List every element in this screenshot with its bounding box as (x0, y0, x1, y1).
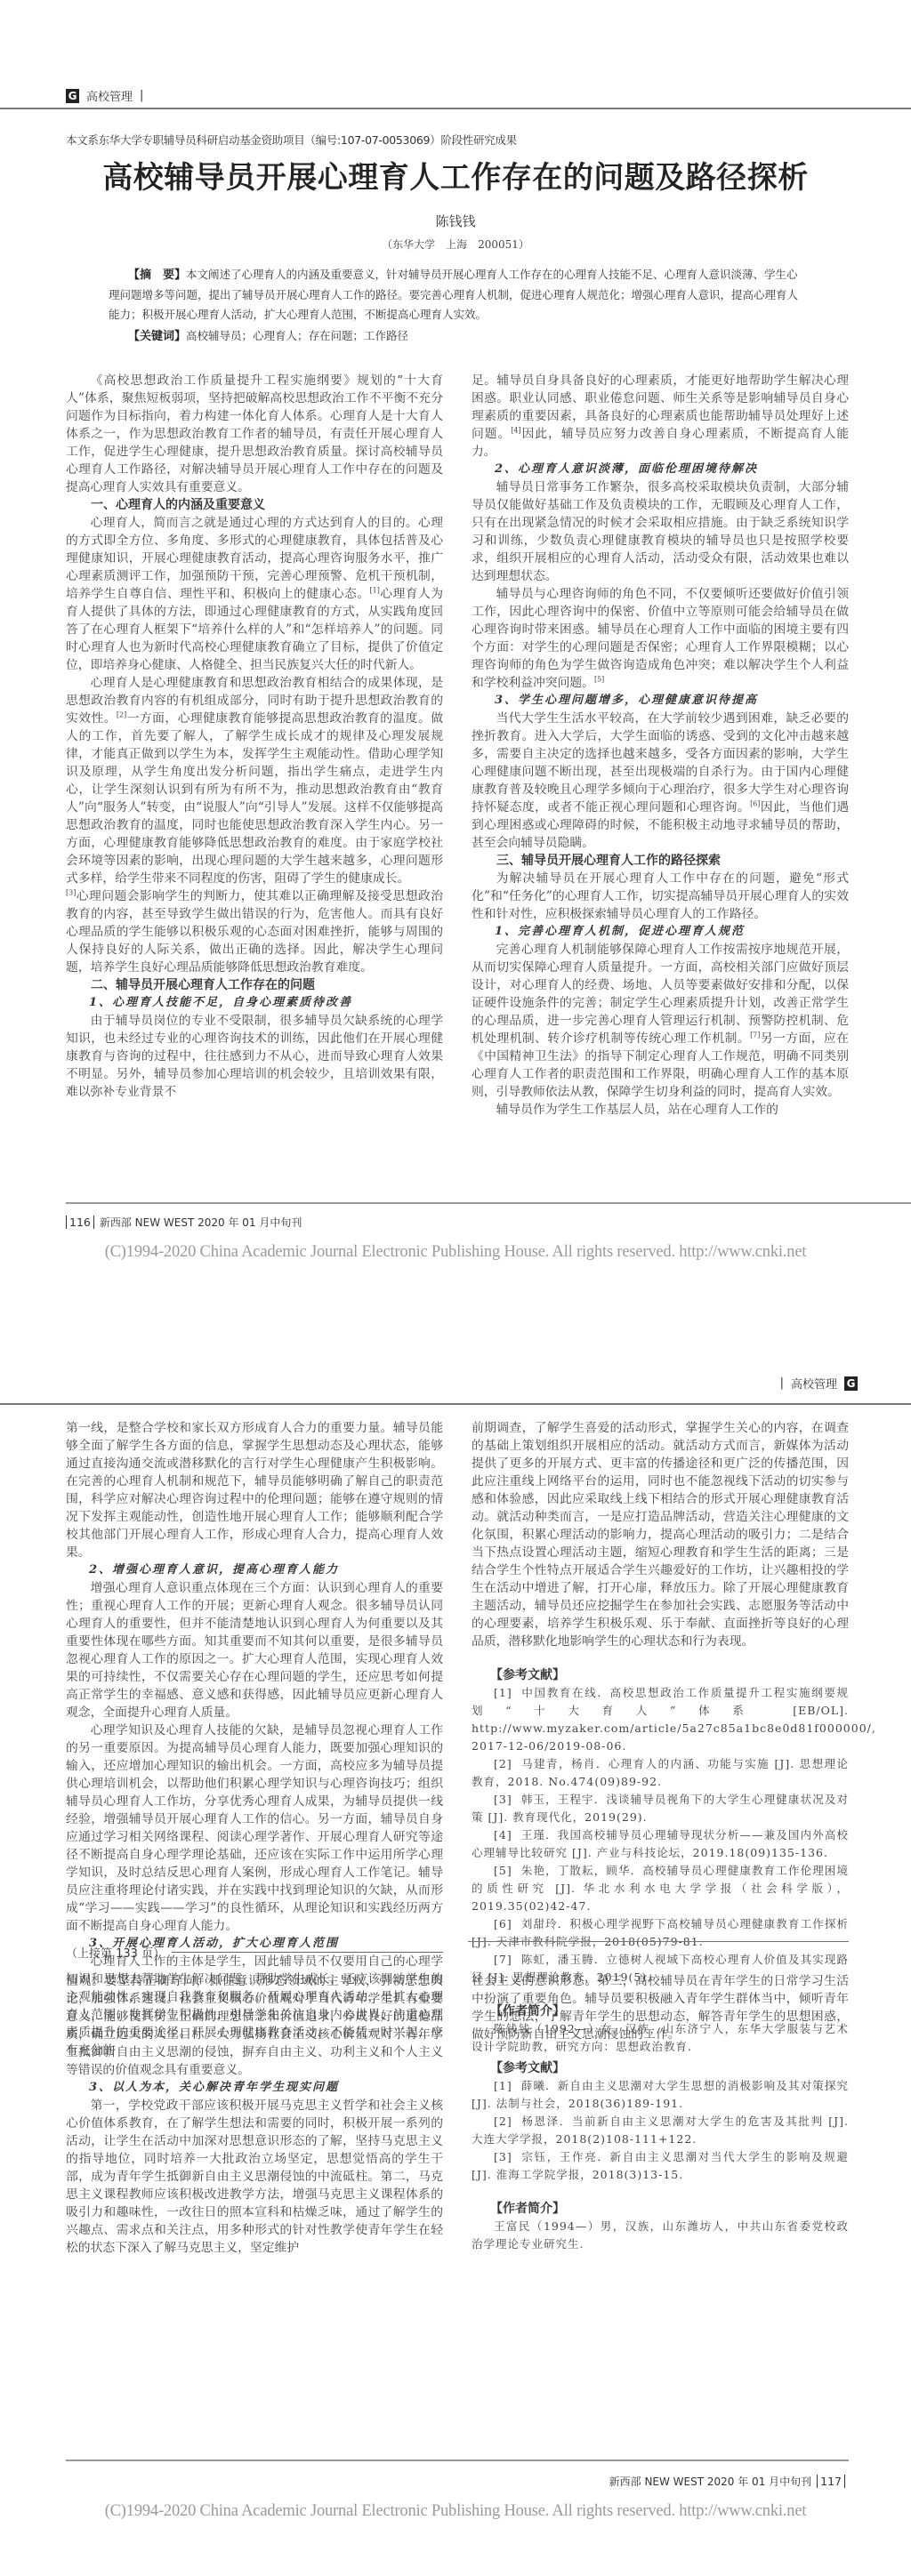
copyright-notice: (C)1994-2020 China Academic Journal Elec… (0, 2502, 911, 2521)
journal-name: 新西部 NEW WEST 2020 年 01 月中旬刊 (609, 2474, 812, 2489)
paragraph: 足。辅导员自身具备良好的心理素质，才能更好地帮助学生解决心理困惑。职业认同感、职… (472, 372, 849, 461)
page-number: 116 (66, 1216, 94, 1229)
paragraph-text: 心理学知识及心理育人技能的欠缺，是辅导员忽视心理育人工作的另一重要原因。为提高辅… (66, 1723, 443, 1933)
reference-number: [1] (494, 1686, 512, 1699)
section-badge-icon: G (66, 89, 79, 103)
reference-number: [2] (494, 1757, 512, 1770)
paragraph-text: 由于辅导员岗位的专业不受限制，很多辅导员欠缺系统的心理学知识，也未经过专业的心理… (66, 1014, 443, 1099)
paragraph-text: 二、辅导员开展心理育人工作存在的问题 (91, 978, 315, 992)
header-divider: | (780, 1376, 784, 1390)
continued-column-right: 社会主义的意识形态。第三，高校辅导员在青年学生的日常学习生活中扮演了重要角色。辅… (472, 1972, 849, 2257)
abstract-block: 【摘 要】本文阐述了心理育人的内涵及重要意义，针对辅导员开展心理育人工作存在的心… (109, 265, 804, 347)
paragraph: 由于辅导员岗位的专业不受限制，很多辅导员欠缺系统的心理学知识，也未经过专业的心理… (66, 1012, 443, 1101)
paragraph-text: 3、学生心理问题增多，心理健康意识待提高 (495, 694, 758, 707)
paragraph-text: 辅导员日常事务工作繁杂，很多高校采取模块负责制，大部分辅导员仅能做好基础工作及负… (472, 480, 849, 583)
paragraph: 心理学知识及心理育人技能的欠缺，是辅导员忽视心理育人工作的另一重要原因。为提高辅… (66, 1721, 443, 1935)
running-header: G 高校管理| (66, 87, 143, 104)
reference-number: [5] (494, 1864, 512, 1877)
section-badge-icon: G (844, 1376, 858, 1391)
author-name: 陈钱钱 (0, 212, 911, 230)
reference-text: 韩玉，王程宇．浅谈辅导员视角下的大学生心理健康状况及对策 [J]. 教育现代化，… (472, 1793, 849, 1824)
paragraph: 值观。要坚持正确导向，抓住意识形态领域的主导权，引领思想舆论，加强体系建设。社会… (66, 1972, 443, 2079)
subsection-heading: 3、学生心理问题增多，心理健康意识待提高 (472, 692, 849, 710)
funding-note: 本文系东华大学专职辅导员科研启动基金资助项目（编号:107-07-0053069… (66, 132, 517, 148)
continued-column-left: 值观。要坚持正确导向，抓住意识形态领域的主导权，引领思想舆论，加强体系建设。社会… (66, 1972, 443, 2257)
page-footer: 116 新西部 NEW WEST 2020 年 01 月中旬刊 (66, 1215, 302, 1230)
paragraph-text: 值观。要坚持正确导向，抓住意识形态领域的主导权，引领思想舆论，加强体系建设。社会… (66, 1974, 443, 2077)
reference-text: 杨恩泽．当前新自由主义思潮对大学生的危害及其批判 [J]. 大连大学学报，201… (472, 2115, 849, 2146)
keywords-label: 【关键词】 (128, 330, 186, 343)
citation-marker: [5] (594, 675, 604, 683)
abstract: 【摘 要】本文阐述了心理育人的内涵及重要意义，针对辅导员开展心理育人工作存在的心… (109, 265, 804, 325)
reference-number: [3] (494, 1793, 512, 1806)
paragraph: [3]心理问题会影响学生的判断力，使其难以正确理解及接受思想政治教育的内容，甚至… (66, 887, 443, 976)
paragraph-text: 增强心理育人意识重点体现在三个方面：认识到心理育人的重要性；重视心理育人工作的开… (66, 1581, 443, 1720)
reference-text: 刘甜玲．积极心理学视野下高校辅导员心理健康教育工作探析 [J]. 天津市教科院学… (472, 1917, 849, 1948)
column-right: 前期调查，了解学生喜爱的活动形式，掌握学生关心的内容，在调查的基础上策划组织开展… (472, 1419, 849, 2059)
continued-left-body: 值观。要坚持正确导向，抓住意识形态领域的主导权，引领思想舆论，加强体系建设。社会… (66, 1972, 443, 2257)
reference-item: [2]杨恩泽．当前新自由主义思潮对大学生的危害及其批判 [J]. 大连大学学报，… (472, 2113, 849, 2148)
author-affiliation: （东华大学 上海 200051） (0, 237, 911, 252)
paragraph-text: 2、增强心理育人意识，提高心理育人能力 (89, 1563, 339, 1577)
reference-item: [6]刘甜玲．积极心理学视野下高校辅导员心理健康教育工作探析 [J]. 天津市教… (472, 1915, 849, 1951)
citation-marker: [4] (511, 426, 520, 434)
subsection-heading: 1、完善心理育人机制，促进心理育人规范 (472, 923, 849, 941)
continued-rule-right (468, 1941, 849, 1942)
subsection-heading: 1、心理育人技能不足，自身心理素质待改善 (66, 994, 443, 1012)
citation-marker: [6] (750, 799, 760, 807)
paragraph-text: 为解决辅导员在开展心理育人工作中存在的问题，避免“形式化”和“任务化”的心理育人… (472, 871, 849, 921)
reference-text: 宗钰，王作亮．新自由主义思潮对当代大学生的影响及规避 [J]. 淮海工学院学报，… (472, 2150, 849, 2181)
paragraph-text: 心理问题会影响学生的判断力，使其难以正确理解及接受思想政治教育的内容，甚至导致学… (66, 889, 443, 975)
reference-number: [4] (494, 1828, 512, 1842)
references-list: [1]薛曦．新自由主义思潮对大学生思想的消极影响及其对策探究 [J]. 法制与社… (472, 2077, 849, 2184)
paragraph-text: 完善心理育人机制能够保障心理育人工作按需按序地规范开展，从而切实保障心理育人质量… (472, 943, 849, 1046)
reference-item: [3]宗钰，王作亮．新自由主义思潮对当代大学生的影响及规避 [J]. 淮海工学院… (472, 2148, 849, 2184)
section-heading: 三、辅导员开展心理育人工作的路径探索 (472, 852, 849, 870)
reference-text: 王瑾．我国高校辅导员心理辅导现状分析——兼及国内外高校心理辅导比较研究 [J].… (472, 1828, 849, 1859)
header-divider: | (140, 89, 143, 102)
section-name: 高校管理 (791, 1375, 837, 1392)
subsection-heading: 2、增强心理育人意识，提高心理育人能力 (66, 1561, 443, 1579)
reference-number: [1] (494, 2079, 512, 2092)
paragraph-text: 一方面，心理健康教育能够提高思想政治教育的温度。做人的工作，首先要了解人，了解学… (66, 711, 443, 886)
section-heading: 二、辅导员开展心理育人工作存在的问题 (66, 976, 443, 994)
paragraph: 辅导员日常事务工作繁杂，很多高校采取模块负责制，大部分辅导员仅能做好基础工作及负… (472, 478, 849, 585)
paragraph: 社会主义的意识形态。第三，高校辅导员在青年学生的日常学习生活中扮演了重要角色。辅… (472, 1972, 849, 2043)
paragraph: 当代大学生生活水平较高，在大学前较少遇到困难，缺乏必要的挫折教育。进入大学后，大… (472, 710, 849, 852)
references-heading: 【参考文献】 (472, 1666, 849, 1684)
paragraph-text: 三、辅导员开展心理育人工作的路径探索 (496, 854, 721, 868)
paragraph-text: 1、心理育人技能不足，自身心理素质待改善 (89, 996, 352, 1009)
paragraph-text: 辅导员作为学生工作基层人员，站在心理育人工作的 (496, 1103, 778, 1117)
paragraph-text: 第一线，是整合学校和家长双方形成育人合力的重要力量。辅导员能够全面了解学生各方面… (66, 1421, 443, 1560)
reference-item: [1]薛曦．新自由主义思潮对大学生思想的消极影响及其对策探究 [J]. 法制与社… (472, 2077, 849, 2113)
reference-text: 马建青，杨肖．心理育人的内涵、功能与实施 [J]. 思想理论教育，2018. N… (472, 1757, 849, 1788)
paragraph: 为解决辅导员在开展心理育人工作中存在的问题，避免“形式化”和“任务化”的心理育人… (472, 870, 849, 923)
paragraph-text: 一、心理育人的内涵及重要意义 (91, 498, 265, 512)
header-rule (0, 1403, 911, 1405)
reference-number: [7] (494, 1953, 512, 1966)
reference-item: [5]朱艳，丁散耘，顾华．高校辅导员心理健康教育工作伦理困境的质性研究 [J].… (472, 1862, 849, 1915)
journal-name: 新西部 NEW WEST 2020 年 01 月中旬刊 (100, 1215, 302, 1230)
bio-heading: 【作者简介】 (472, 2200, 849, 2218)
citation-marker: [3] (66, 888, 76, 896)
page-footer: 新西部 NEW WEST 2020 年 01 月中旬刊 117 (609, 2474, 845, 2489)
reference-item: [2]马建青，杨肖．心理育人的内涵、功能与实施 [J]. 思想理论教育，2018… (472, 1755, 849, 1791)
author-bio: 王富民（1994—）男，汉族，山东潍坊人，中共山东省委党校政治学理论专业研究生. (472, 2218, 849, 2253)
reference-number: [2] (494, 2115, 512, 2128)
keywords-text: 高校辅导员；心理育人；存在问题；工作路径 (186, 329, 408, 342)
paragraph-text: 2、心理育人意识淡薄，面临伦理困境待解决 (495, 462, 758, 476)
column-left: 第一线，是整合学校和家长双方形成育人合力的重要力量。辅导员能够全面了解学生各方面… (66, 1419, 443, 2059)
reference-number: [6] (494, 1917, 512, 1930)
paragraph: 辅导员与心理咨询师的角色不同，不仅要倾听还要做好价值引领工作，因此心理咨询中的保… (472, 585, 849, 692)
paragraph: 心理育人是心理健康教育和思想政治教育相结合的成果体现，是思想政治教育内容的有机组… (66, 674, 443, 887)
running-header: G 高校管理| (780, 1375, 858, 1392)
column-right: 足。辅导员自身具备良好的心理素质，才能更好地帮助学生解决心理困惑。职业认同感、职… (472, 372, 849, 1119)
reference-item: [1]中国教育在线．高校思想政治工作质量提升工程实施纲要规划“十大育人”体系 [… (472, 1684, 849, 1755)
paragraph: 第一，学校党政干部应该积极开展马克思主义哲学和社会主义核心价值体系教育，在了解学… (66, 2097, 443, 2257)
citation-marker: [2] (117, 710, 126, 718)
reference-text: 中国教育在线．高校思想政治工作质量提升工程实施纲要规划“十大育人”体系 [EB/… (472, 1686, 876, 1753)
continued-from-label: （上接第 133 页） (66, 1944, 165, 1961)
continued-columns: 值观。要坚持正确导向，抓住意识形态领域的主导权，引领思想舆论，加强体系建设。社会… (66, 1972, 849, 2257)
page-117: G 高校管理| 第一线，是整合学校和家长双方形成育人合力的重要力量。辅导员能够全… (0, 1288, 911, 2576)
section-heading: 一、心理育人的内涵及重要意义 (66, 496, 443, 514)
paragraph: 辅导员作为学生工作基层人员，站在心理育人工作的 (472, 1101, 849, 1119)
paragraph-text: 社会主义的意识形态。第三，高校辅导员在青年学生的日常学习生活中扮演了重要角色。辅… (472, 1974, 849, 2042)
paragraph-text: 辅导员与心理咨询师的角色不同，不仅要倾听还要做好价值引领工作，因此心理咨询中的保… (472, 587, 849, 690)
reference-item: [3]韩玉，王程宇．浅谈辅导员视角下的大学生心理健康状况及对策 [J]. 教育现… (472, 1791, 849, 1826)
subsection-heading: 3、以人为本，关心解决青年学生现实问题 (66, 2079, 443, 2097)
section-name: 高校管理 (86, 87, 133, 104)
continued-from-bar: （上接第 133 页） (66, 1944, 443, 1961)
paragraph: 完善心理育人机制能够保障心理育人工作按需按序地规范开展，从而切实保障心理育人质量… (472, 941, 849, 1101)
paragraph-text: 因此，辅导员应努力改善自身心理素质，不断提高育人能力。 (472, 427, 849, 459)
body-columns: 第一线，是整合学校和家长双方形成育人合力的重要力量。辅导员能够全面了解学生各方面… (66, 1419, 849, 2059)
paragraph: 前期调查，了解学生喜爱的活动形式，掌握学生关心的内容，在调查的基础上策划组织开展… (472, 1419, 849, 1650)
article-title: 高校辅导员开展心理育人工作存在的问题及路径探析 (0, 153, 911, 197)
paragraph: 心理育人，简而言之就是通过心理的方式达到育人的目的。心理的方式即全方位、多角度、… (66, 514, 443, 674)
copyright-notice: (C)1994-2020 China Academic Journal Elec… (0, 1243, 911, 1262)
column-left: 《高校思想政治工作质量提升工程实施纲要》规划的“十大育人”体系，聚焦短板弱项，坚… (66, 372, 443, 1119)
reference-item: [4]王瑾．我国高校辅导员心理辅导现状分析——兼及国内外高校心理辅导比较研究 [… (472, 1826, 849, 1862)
paragraph-text: 1、完善心理育人机制，促进心理育人规范 (495, 925, 745, 938)
reference-text: 薛曦．新自由主义思潮对大学生思想的消极影响及其对策探究 [J]. 法制与社会，2… (472, 2079, 849, 2110)
paragraph-text: 第一，学校党政干部应该积极开展马克思主义哲学和社会主义核心价值体系教育，在了解学… (66, 2099, 443, 2255)
footer-rule (66, 2460, 849, 2461)
paragraph-text: 当代大学生生活水平较高，在大学前较少遇到困难，缺乏必要的挫折教育。进入大学后，大… (472, 711, 849, 815)
abstract-label: 【摘 要】 (128, 269, 186, 282)
abstract-text: 本文阐述了心理育人的内涵及重要意义，针对辅导员开展心理育人工作存在的心理育人技能… (109, 268, 798, 321)
continued-right-body: 社会主义的意识形态。第三，高校辅导员在青年学生的日常学习生活中扮演了重要角色。辅… (472, 1972, 849, 2043)
header-rule (0, 108, 911, 109)
page-116: G 高校管理| 本文系东华大学专职辅导员科研启动基金资助项目（编号:107-07… (0, 0, 911, 1288)
citation-marker: [1] (370, 586, 380, 594)
continued-rule (172, 1952, 443, 1953)
body-columns: 《高校思想政治工作质量提升工程实施纲要》规划的“十大育人”体系，聚焦短板弱项，坚… (66, 372, 849, 1119)
keywords: 【关键词】高校辅导员；心理育人；存在问题；工作路径 (128, 326, 804, 347)
subsection-heading: 2、心理育人意识淡薄，面临伦理困境待解决 (472, 461, 849, 478)
paragraph-text: 前期调查，了解学生喜爱的活动形式，掌握学生关心的内容，在调查的基础上策划组织开展… (472, 1421, 849, 1649)
column-left-body: 第一线，是整合学校和家长双方形成育人合力的重要力量。辅导员能够全面了解学生各方面… (66, 1419, 443, 2059)
page-number: 117 (817, 2475, 845, 2488)
footer-rule (66, 1202, 911, 1204)
citation-marker: [7] (750, 1031, 760, 1039)
paragraph-text: 3、以人为本，关心解决青年学生现实问题 (89, 2081, 339, 2094)
references-heading: 【参考文献】 (472, 2059, 849, 2077)
paragraph: 增强心理育人意识重点体现在三个方面：认识到心理育人的重要性；重视心理育人工作的开… (66, 1579, 443, 1721)
reference-number: [3] (494, 2150, 512, 2163)
paragraph: 《高校思想政治工作质量提升工程实施纲要》规划的“十大育人”体系，聚焦短板弱项，坚… (66, 372, 443, 496)
paragraph: 第一线，是整合学校和家长双方形成育人合力的重要力量。辅导员能够全面了解学生各方面… (66, 1419, 443, 1561)
paragraph-text: 《高校思想政治工作质量提升工程实施纲要》规划的“十大育人”体系，聚焦短板弱项，坚… (66, 373, 443, 494)
column-right-body: 前期调查，了解学生喜爱的活动形式，掌握学生关心的内容，在调查的基础上策划组织开展… (472, 1419, 849, 1650)
reference-text: 朱艳，丁散耘，顾华．高校辅导员心理健康教育工作伦理困境的质性研究 [J]. 华北… (472, 1864, 849, 1913)
